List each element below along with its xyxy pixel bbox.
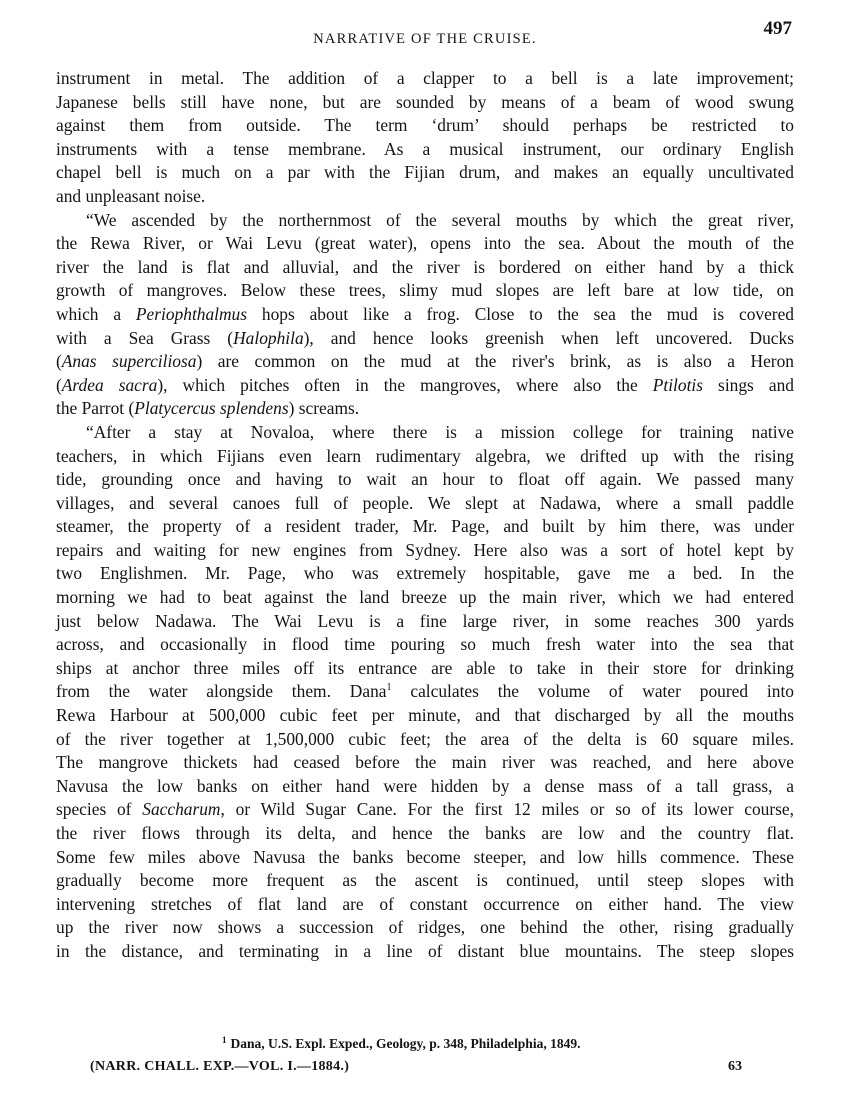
text-line: tide, grounding once and having to wait … [56, 468, 794, 492]
text-segment: ships at anchor three miles off its entr… [56, 658, 794, 678]
page-number: 497 [764, 18, 793, 40]
text-segment: “We ascended by the northernmost of the … [86, 210, 794, 230]
text-segment: growth of mangroves. Below these trees, … [56, 280, 794, 300]
text-segment: the Rewa River, or Wai Levu (great water… [56, 233, 794, 253]
text-line: gradually become more frequent as the as… [56, 869, 794, 893]
text-line: in the distance, and terminating in a li… [56, 940, 794, 964]
text-line: with a Sea Grass (Halophila), and hence … [56, 327, 794, 351]
text-line: “After a stay at Novaloa, where there is… [56, 421, 794, 445]
text-segment: across, and occasionally in flood time p… [56, 634, 794, 654]
text-segment: against them from outside. The term ‘dru… [56, 115, 794, 135]
text-segment: , or Wild Sugar Cane. For the first 12 m… [221, 799, 795, 819]
text-line: across, and occasionally in flood time p… [56, 633, 794, 657]
taxon-name: Anas superciliosa [62, 351, 197, 371]
text-segment: Navusa the low banks on either hand were… [56, 776, 794, 796]
signature-line: (NARR. CHALL. EXP.—VOL. I.—1884.) [90, 1059, 349, 1075]
text-segment: morning we had to beat against the land … [56, 587, 794, 607]
text-line: the Rewa River, or Wai Levu (great water… [56, 232, 794, 256]
text-segment: ), which pitches often in the mangroves,… [157, 375, 652, 395]
text-line: repairs and waiting for new engines from… [56, 539, 794, 563]
text-line: which a Periophthalmus hops about like a… [56, 303, 794, 327]
signature-text: (NARR. CHALL. EXP.—VOL. I.—1884.) [90, 1059, 349, 1074]
footnote-text: Dana, U.S. Expl. Exped., Geology, p. 348… [231, 1036, 581, 1051]
text-segment: with a Sea Grass ( [56, 328, 233, 348]
text-line: from the water alongside them. Dana1 cal… [56, 680, 794, 704]
text-line: Japanese bells still have none, but are … [56, 91, 794, 115]
text-segment: up the river now shows a succession of r… [56, 917, 794, 937]
text-line: just below Nadawa. The Wai Levu is a fin… [56, 610, 794, 634]
text-segment: in the distance, and terminating in a li… [56, 941, 794, 961]
text-segment: ) are common on the mud at the river's b… [196, 351, 794, 371]
text-segment: just below Nadawa. The Wai Levu is a fin… [56, 611, 794, 631]
text-segment: sings and [703, 375, 794, 395]
text-line: steamer, the property of a resident trad… [56, 515, 794, 539]
text-line: and unpleasant noise. [56, 185, 794, 209]
text-segment: gradually become more frequent as the as… [56, 870, 794, 890]
running-title: NARRATIVE OF THE CRUISE. [0, 31, 850, 48]
text-line: up the river now shows a succession of r… [56, 916, 794, 940]
taxon-name: Halophila [233, 328, 304, 348]
text-segment: calculates the volume of water poured in… [391, 681, 794, 701]
text-segment: which a [56, 304, 136, 324]
text-line: The mangrove thickets had ceased before … [56, 751, 794, 775]
text-line: two Englishmen. Mr. Page, who was extrem… [56, 562, 794, 586]
text-segment: of the river together at 1,500,000 cubic… [56, 729, 794, 749]
text-segment: ), and hence looks greenish when left un… [304, 328, 794, 348]
text-segment: chapel bell is much on a par with the Fi… [56, 162, 794, 182]
text-segment: Rewa Harbour at 500,000 cubic feet per m… [56, 705, 794, 725]
text-line: “We ascended by the northernmost of the … [56, 209, 794, 233]
text-segment: instrument in metal. The addition of a c… [56, 68, 794, 88]
text-line: morning we had to beat against the land … [56, 586, 794, 610]
text-line: the river flows through its delta, and h… [56, 822, 794, 846]
book-page: NARRATIVE OF THE CRUISE. 497 instrument … [0, 0, 850, 1100]
text-segment: repairs and waiting for new engines from… [56, 540, 794, 560]
text-segment: river the land is flat and alluvial, and… [56, 257, 794, 277]
text-line: Rewa Harbour at 500,000 cubic feet per m… [56, 704, 794, 728]
text-line: instruments with a tense membrane. As a … [56, 138, 794, 162]
taxon-name: Saccharum [142, 799, 220, 819]
footnote: 1Dana, U.S. Expl. Exped., Geology, p. 34… [222, 1036, 580, 1052]
text-segment: from the water alongside them. Dana [56, 681, 386, 701]
text-line: river the land is flat and alluvial, and… [56, 256, 794, 280]
text-segment: tide, grounding once and having to wait … [56, 469, 794, 489]
text-segment: Some few miles above Navusa the banks be… [56, 847, 794, 867]
taxon-name: Ardea sacra [62, 375, 158, 395]
text-segment: the Parrot ( [56, 398, 134, 418]
sheet-number: 63 [728, 1059, 742, 1075]
text-line: chapel bell is much on a par with the Fi… [56, 161, 794, 185]
text-line: Some few miles above Navusa the banks be… [56, 846, 794, 870]
text-segment: two Englishmen. Mr. Page, who was extrem… [56, 563, 794, 583]
text-segment: steamer, the property of a resident trad… [56, 516, 794, 536]
text-line: instrument in metal. The addition of a c… [56, 67, 794, 91]
text-segment: intervening stretches of flat land are o… [56, 894, 794, 914]
text-line: (Ardea sacra), which pitches often in th… [56, 374, 794, 398]
text-line: growth of mangroves. Below these trees, … [56, 279, 794, 303]
text-segment: and unpleasant noise. [56, 186, 205, 206]
text-segment: villages, and several canoes full of peo… [56, 493, 794, 513]
text-segment: hops about like a frog. Close to the sea… [247, 304, 794, 324]
text-line: species of Saccharum, or Wild Sugar Cane… [56, 798, 794, 822]
footnote-marker: 1 [222, 1035, 227, 1045]
text-segment: Japanese bells still have none, but are … [56, 92, 794, 112]
text-segment: the river flows through its delta, and h… [56, 823, 794, 843]
text-line: ships at anchor three miles off its entr… [56, 657, 794, 681]
text-line: of the river together at 1,500,000 cubic… [56, 728, 794, 752]
text-segment: ) screams. [289, 398, 360, 418]
text-line: teachers, in which Fijians even learn ru… [56, 445, 794, 469]
text-segment: instruments with a tense membrane. As a … [56, 139, 794, 159]
text-line: intervening stretches of flat land are o… [56, 893, 794, 917]
text-line: the Parrot (Platycercus splendens) screa… [56, 397, 794, 421]
taxon-name: Platycercus splendens [134, 398, 288, 418]
body-text: instrument in metal. The addition of a c… [56, 67, 794, 964]
text-line: villages, and several canoes full of peo… [56, 492, 794, 516]
text-line: Navusa the low banks on either hand were… [56, 775, 794, 799]
taxon-name: Ptilotis [653, 375, 703, 395]
text-line: (Anas superciliosa) are common on the mu… [56, 350, 794, 374]
taxon-name: Periophthalmus [136, 304, 247, 324]
text-segment: species of [56, 799, 142, 819]
text-line: against them from outside. The term ‘dru… [56, 114, 794, 138]
text-segment: “After a stay at Novaloa, where there is… [86, 422, 794, 442]
text-segment: teachers, in which Fijians even learn ru… [56, 446, 794, 466]
text-segment: The mangrove thickets had ceased before … [56, 752, 794, 772]
